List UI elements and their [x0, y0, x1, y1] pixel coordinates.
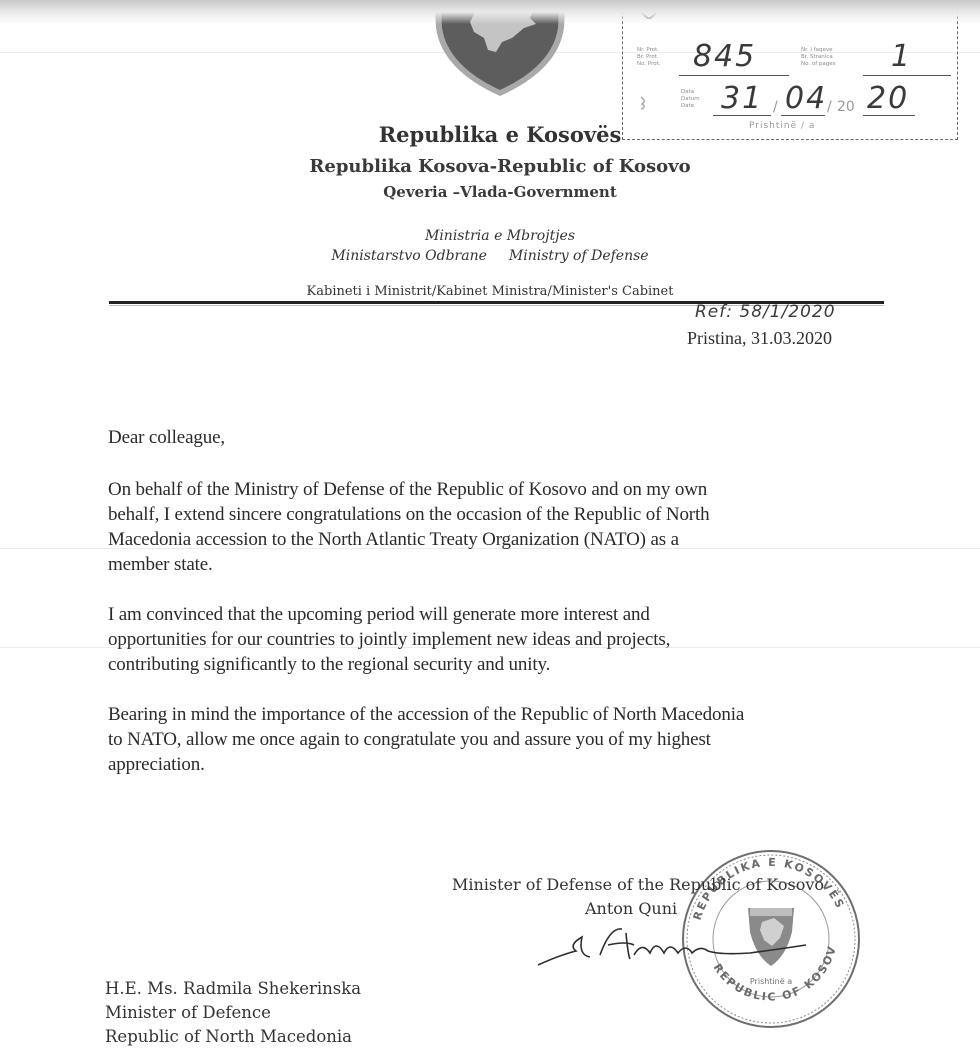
date-labels: Data Datum Date	[681, 89, 700, 110]
letterhead-cabinet: Kabineti i Ministrit/Kabinet Ministra/Mi…	[0, 284, 980, 299]
date-month: 04	[785, 81, 827, 116]
stamp-underline	[679, 75, 789, 76]
scan-top-shadow	[0, 0, 980, 24]
stamp-underline	[863, 75, 951, 76]
signatory-title: Minister of Defense of the Republic of K…	[452, 875, 824, 894]
stamp-underline	[863, 115, 915, 116]
paragraph-2: I am convinced that the upcoming period …	[108, 602, 908, 677]
date-year: 20	[867, 81, 909, 116]
letterhead-ministry-albanian: Ministria e Mbrojtjes	[0, 228, 980, 244]
recipient-country: Republic of North Macedonia	[105, 1025, 361, 1049]
handwritten-signature	[530, 915, 810, 975]
pages-count: 1	[891, 39, 912, 74]
date-year-prefix: 20	[837, 99, 855, 115]
date-day: 31	[721, 81, 763, 116]
salutation: Dear colleague,	[108, 425, 908, 450]
stamp-underline	[713, 115, 771, 116]
stamp-underline	[781, 115, 825, 116]
recipient-block: H.E. Ms. Radmila Shekerinska Minister of…	[105, 977, 361, 1049]
ministry-english: Ministry of Defense	[509, 248, 649, 264]
letterhead-government: Qeveria –Vlada-Government	[0, 183, 980, 201]
ministry-serbian: Ministarstvo Odbrane	[331, 248, 487, 264]
recipient-name: H.E. Ms. Radmila Shekerinska	[105, 977, 361, 1001]
letterhead-country: Republika e Kosovës	[0, 122, 980, 147]
recipient-title: Minister of Defence	[105, 1001, 361, 1025]
paragraph-1: On behalf of the Ministry of Defense of …	[108, 477, 908, 577]
pages-labels: Nr. i faqeve Br. Stranica No. of pages	[801, 47, 836, 68]
reference-number: Ref: 58/1/2020	[695, 302, 836, 322]
svg-text:Prishtinë a: Prishtinë a	[750, 977, 792, 986]
protocol-labels: Nr. Prot. Br. Prot. No. Prot.	[637, 47, 661, 68]
stamp-mark-icon	[639, 95, 649, 111]
paragraph-3: Bearing in mind the importance of the ac…	[108, 702, 908, 777]
letterhead-ministry-names: Ministarstvo OdbraneMinistry of Defense	[0, 248, 980, 264]
place-date: Pristina, 31.03.2020	[687, 328, 832, 349]
letterhead-country-multilingual: Republika Kosova-Republic of Kosovo	[0, 156, 980, 177]
protocol-number: 845	[693, 39, 756, 74]
